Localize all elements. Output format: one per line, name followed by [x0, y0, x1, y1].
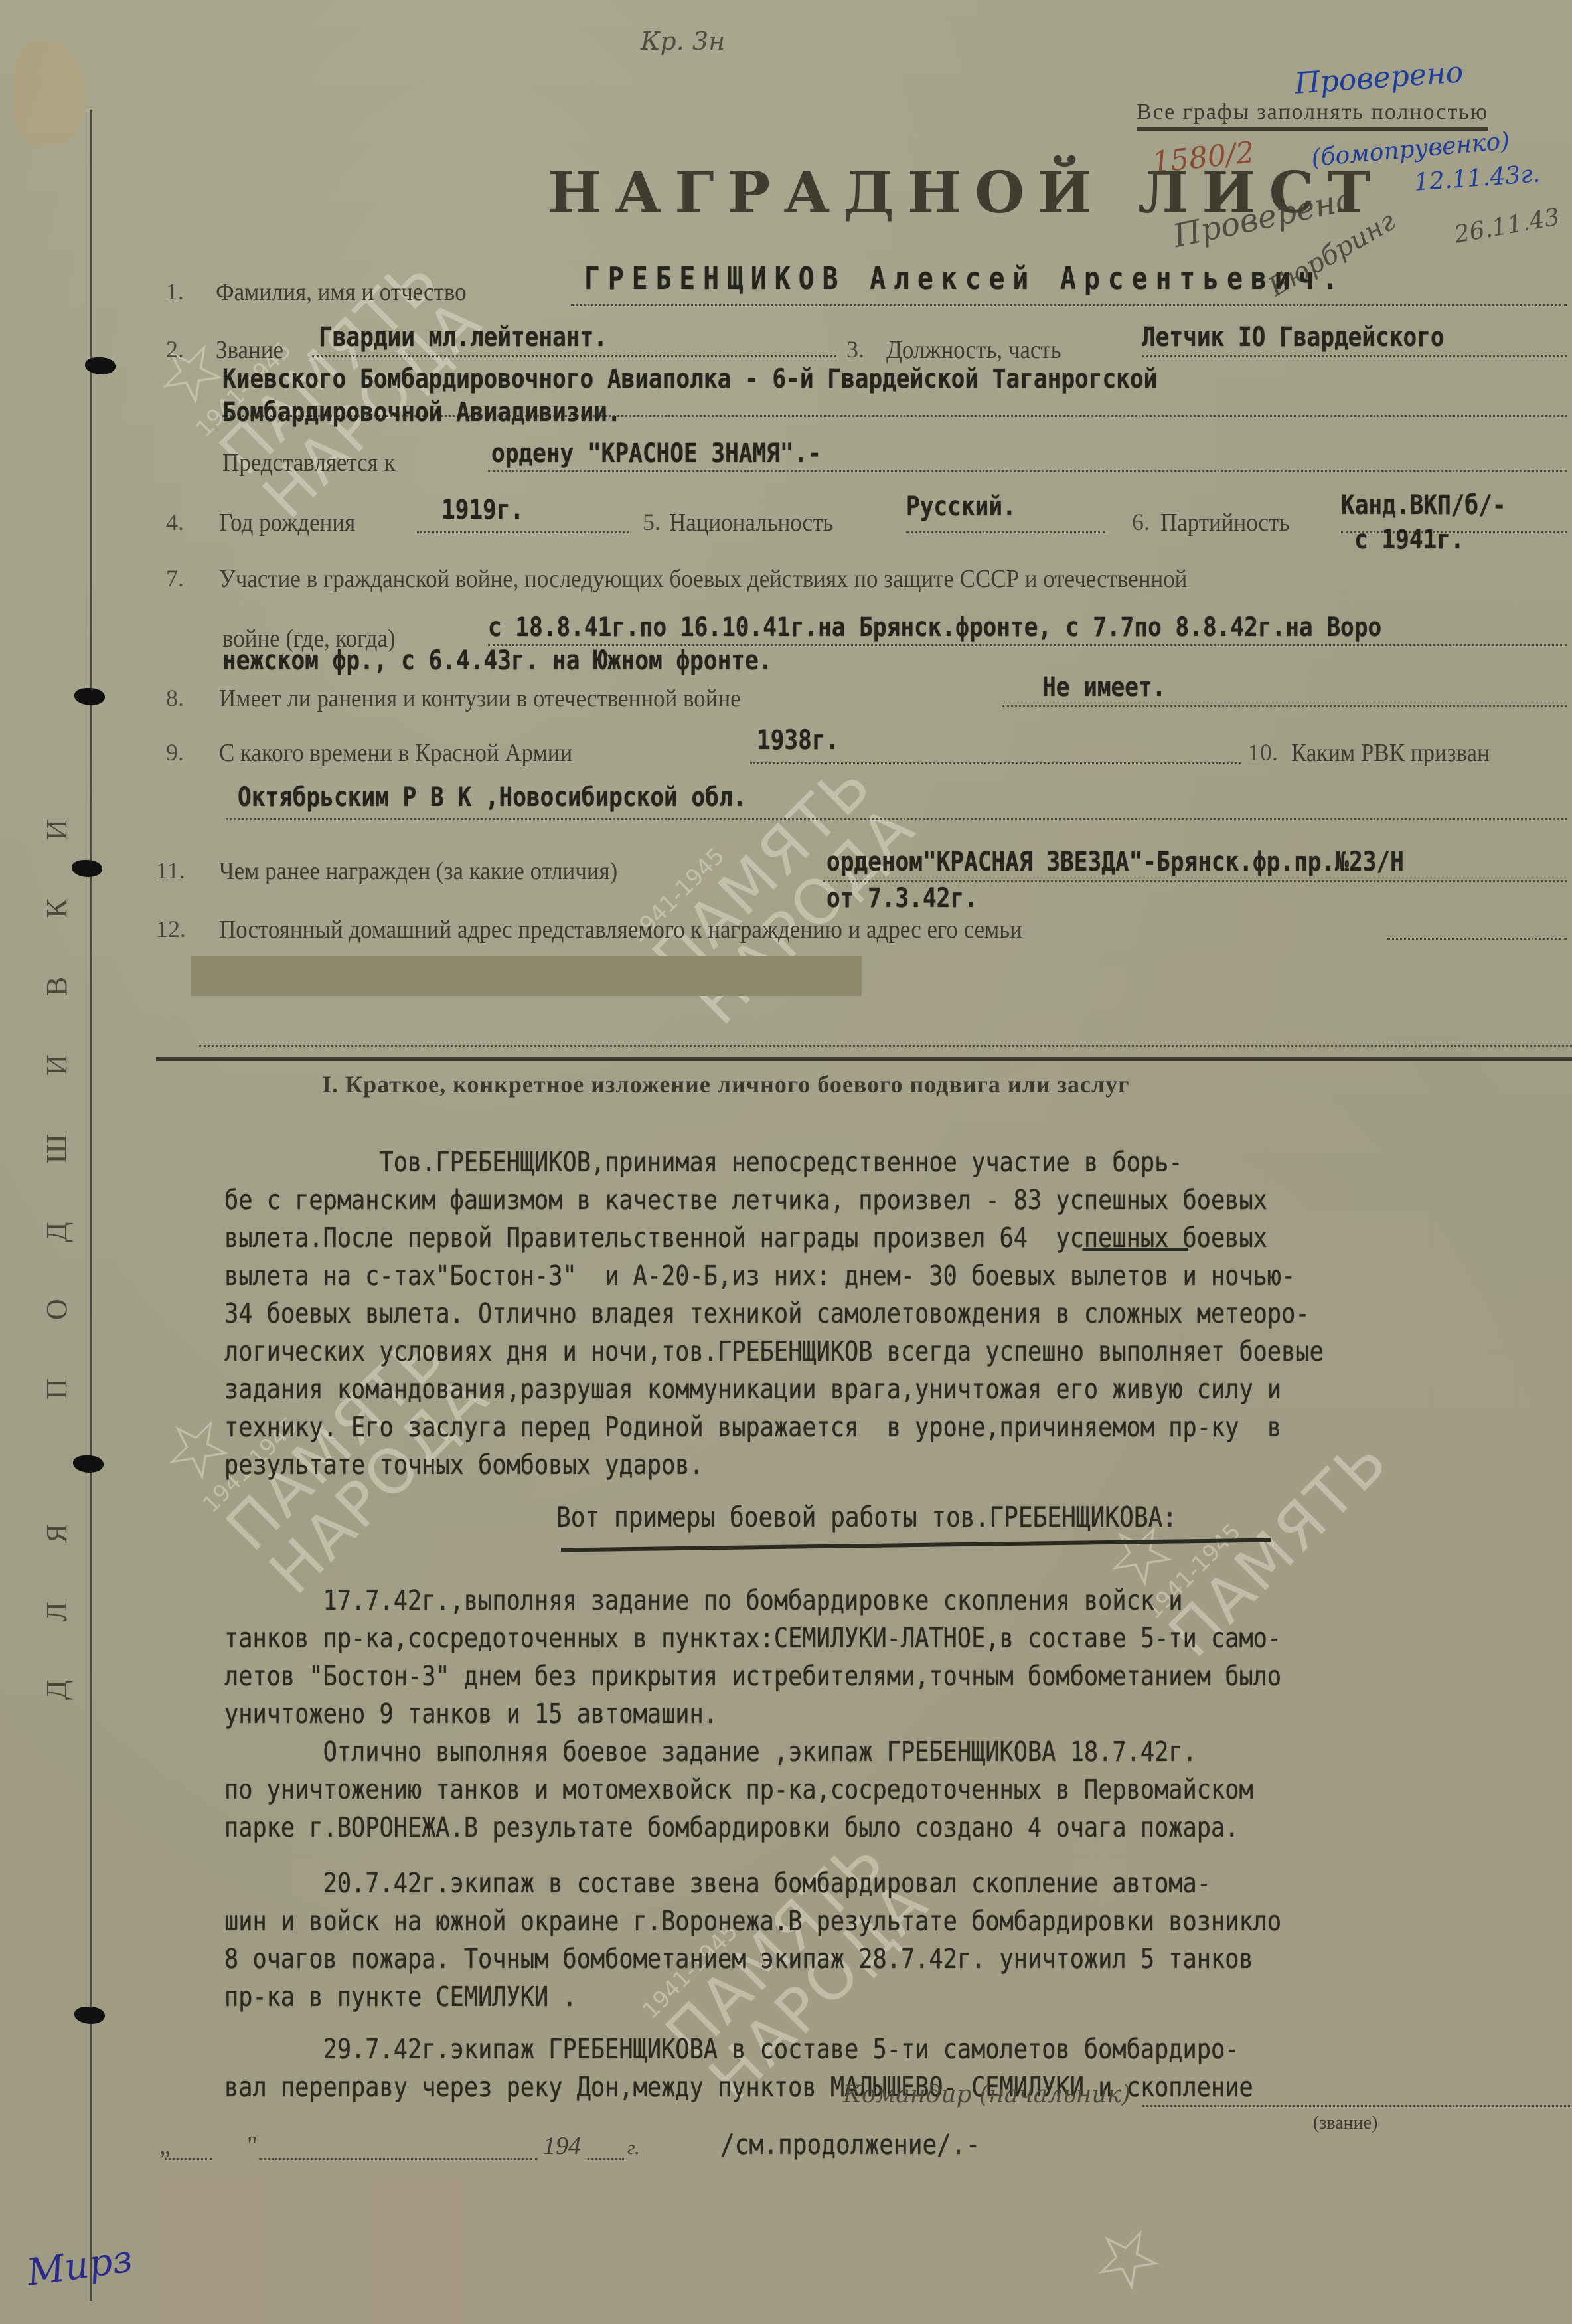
notice-fill-all: Все графы заполнять полностью — [1137, 100, 1488, 131]
field-label-nationality: Национальность — [669, 508, 833, 537]
dotted-line — [488, 470, 1567, 472]
archive-mark: Кр. 3н — [641, 27, 725, 56]
field-value-rvk: Октябрьским Р В К ,Новосибирской обл. — [238, 782, 746, 813]
field-number: 12. — [156, 915, 186, 943]
date-quote: " — [247, 2131, 258, 2161]
rank-label: (звание) — [1313, 2113, 1377, 2134]
field-label-war-participation: Участие в гражданской войне, последующих… — [219, 564, 1187, 594]
dotted-line — [1387, 938, 1567, 940]
field-label-prior-awards: Чем ранее награжден (за какие отличия) — [219, 857, 617, 886]
example-paragraph: 20.7.42г.экипаж в составе звена бомбарди… — [224, 1865, 1355, 2016]
field-label-name: Фамилия, имя и отчество — [216, 278, 467, 307]
dotted-line — [417, 531, 629, 533]
field-value-wounds: Не имеет. — [1042, 672, 1166, 703]
dotted-line — [571, 304, 1567, 306]
dotted-line — [906, 531, 1105, 533]
date-year-prefix: 194 — [543, 2131, 581, 2161]
binding-margin-line — [90, 110, 92, 2301]
field-value-prior-awards: орденом"КРАСНАЯ ЗВЕЗДА"-Брянск.фр.пр.№23… — [826, 847, 1404, 877]
field-number: 10. — [1248, 738, 1278, 766]
field-value-party-since: с 1941г. — [1354, 525, 1464, 555]
field-number: 9. — [166, 738, 184, 766]
field-value-position-cont: Киевского Бомбардировочного Авиаполка - … — [222, 364, 1157, 394]
field-number: 5. — [643, 508, 661, 536]
field-label-rank: Звание — [216, 335, 283, 365]
field-number: 7. — [166, 564, 184, 592]
field-label-wounds: Имеет ли ранения и контузии в отечествен… — [219, 684, 741, 713]
continued-note: /см.продолжение/.- — [720, 2128, 980, 2161]
field-number: 11. — [156, 857, 185, 884]
field-label-birth-year: Год рождения — [219, 508, 355, 537]
dotted-line — [750, 762, 1241, 764]
section-heading: I. Краткое, конкретное изложение личного… — [322, 1070, 1130, 1098]
example-paragraph: 17.7.42г.,выполняя задание по бомбардиро… — [224, 1582, 1355, 1847]
date-open-quote: „ — [159, 2131, 171, 2161]
field-value-position-cont: Бомбардировочной Авиадивизии. — [222, 397, 621, 428]
paper-stain — [159, 2178, 266, 2324]
field-number: 2. — [166, 335, 184, 363]
field-label-army-since: С какого времени в Красной Армии — [219, 738, 572, 768]
dotted-line — [1142, 355, 1567, 357]
date-month-line — [259, 2158, 538, 2160]
field-label-rvk: Каким РВК призван — [1291, 738, 1490, 768]
field-number: 6. — [1132, 508, 1150, 536]
field-value-birth-year: 1919г. — [441, 495, 524, 525]
example-paragraph: 29.7.42г.экипаж ГРЕБЕНЩИКОВА в составе 5… — [224, 2031, 1355, 2106]
field-label-party: Партийность — [1160, 508, 1289, 537]
merit-paragraph: Тов.ГРЕБЕНЩИКОВ,принимая непосредственно… — [224, 1143, 1355, 1484]
date-year-line — [588, 2158, 624, 2160]
dotted-line — [199, 1045, 1572, 1047]
binding-margin-text: ДЛЯ ПОДШИВКИ — [40, 611, 80, 1700]
handwritten-underline — [1082, 1248, 1188, 1251]
commander-label: Командир (начальник) — [843, 2081, 1131, 2108]
examples-heading: Вот примеры боевой работы тов.ГРЕБЕНЩИКО… — [556, 1501, 1177, 1533]
field-value-name: ГРЕБЕНЩИКОВ Алексей Арсентьевич. — [584, 260, 1346, 296]
dotted-line — [312, 355, 836, 357]
date-year-suffix: г. — [627, 2137, 640, 2159]
field-label-address: Постоянный домашний адрес представляемог… — [219, 915, 1022, 944]
field-value-award: ордену "КРАСНОЕ ЗНАМЯ".- — [491, 438, 821, 469]
field-label-presented: Представляется к — [222, 448, 395, 477]
field-value-army-since: 1938г. — [757, 725, 839, 756]
field-value-war-participation: с 18.8.41г.по 16.10.41г.на Брянск.фронте… — [488, 612, 1381, 643]
field-value-war-participation-cont: нежском фр., с 6.4.43г. на Южном фронте. — [222, 645, 772, 676]
paper-stain — [372, 2178, 465, 2324]
signature-line — [1142, 2105, 1570, 2107]
section-divider — [156, 1057, 1572, 1061]
field-value-party: Канд.ВКП/б/- — [1341, 490, 1506, 521]
dotted-line — [823, 880, 1567, 882]
date-day-line — [165, 2158, 212, 2160]
field-value-prior-awards-date: от 7.3.42г. — [826, 883, 978, 914]
redacted-address — [191, 956, 862, 996]
field-number: 3. — [846, 335, 864, 363]
field-value-position: Летчик IO Гвардейского — [1142, 322, 1445, 353]
field-number: 1. — [166, 278, 184, 305]
dotted-line — [226, 818, 1567, 820]
field-number: 8. — [166, 684, 184, 712]
dotted-line — [1002, 705, 1567, 707]
field-value-rank: Гвардии мл.лейтенант. — [319, 322, 607, 353]
field-value-nationality: Русский. — [906, 491, 1016, 522]
field-label-position: Должность, часть — [886, 335, 1061, 365]
field-number: 4. — [166, 508, 184, 536]
